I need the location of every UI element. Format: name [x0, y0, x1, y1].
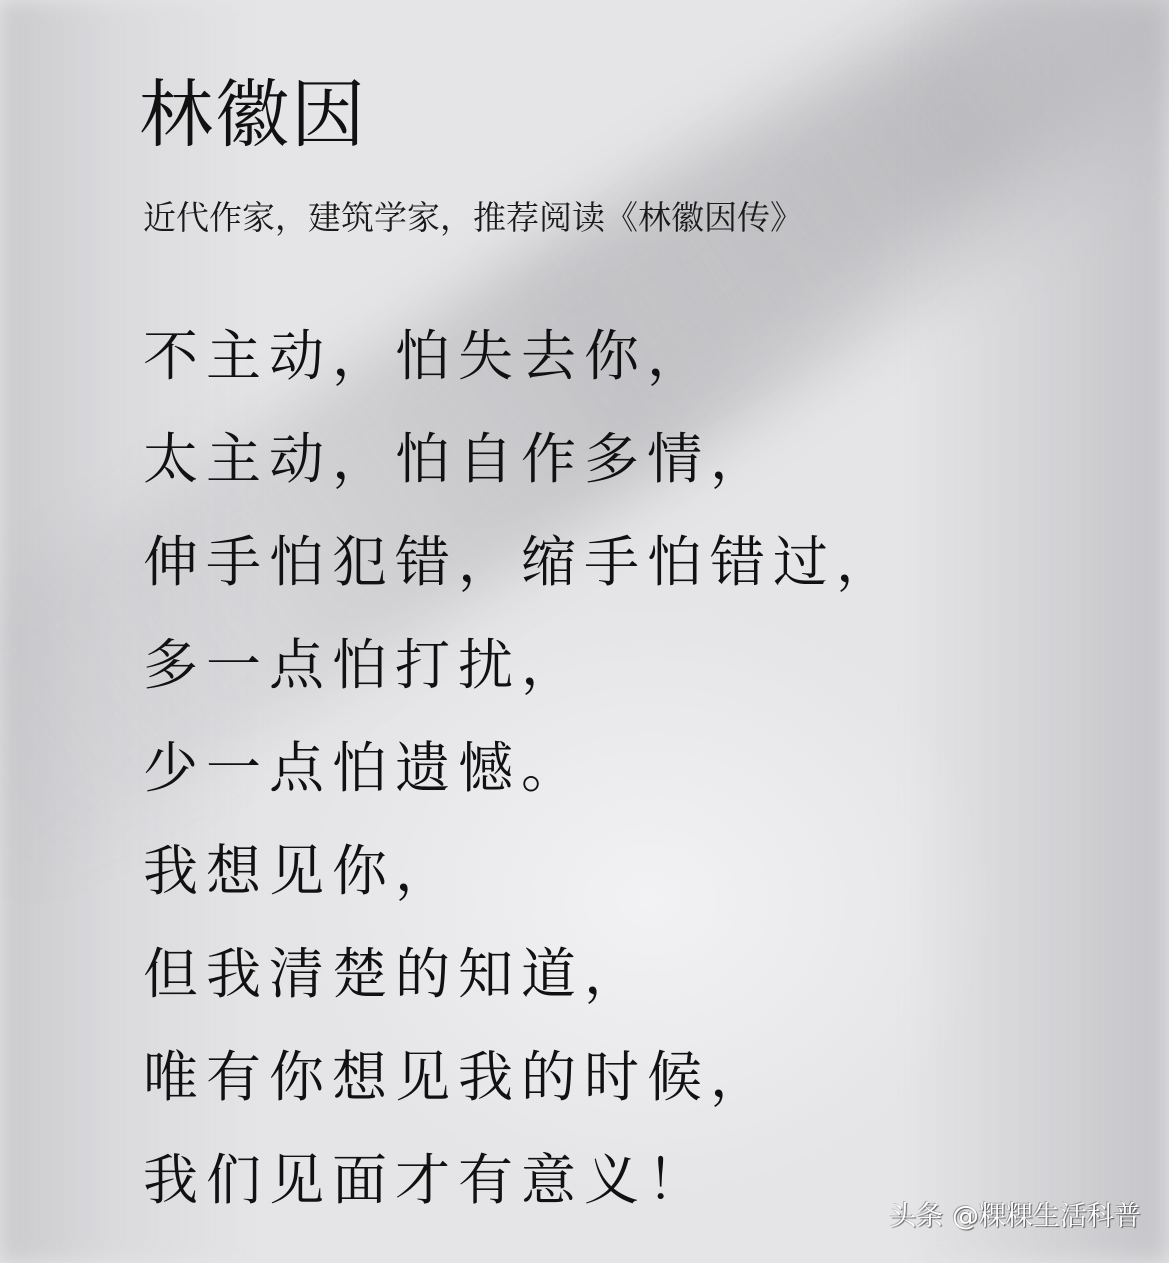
poem-line: 不主动，怕失去你，: [143, 305, 899, 408]
poem-lines: 不主动，怕失去你， 太主动，怕自作多情， 伸手怕犯错，缩手怕错过， 多一点怕打扰…: [143, 305, 899, 1232]
poem-line: 多一点怕打扰，: [143, 614, 899, 717]
poem-line: 但我清楚的知道，: [143, 923, 899, 1026]
poem-line: 我们见面才有意义！: [143, 1129, 899, 1232]
author-title: 林徽因: [139, 78, 367, 152]
watermark: 头条 @粿粿生活科普: [889, 1194, 1141, 1233]
poem-line: 唯有你想见我的时候，: [143, 1026, 899, 1129]
poem-line: 伸手怕犯错，缩手怕错过，: [143, 511, 899, 614]
poem-line: 我想见你，: [143, 820, 899, 923]
right-shadow: [909, 0, 1169, 1263]
poem-line: 少一点怕遗憾。: [143, 717, 899, 820]
poem-line: 太主动，怕自作多情，: [143, 408, 899, 511]
author-subtitle: 近代作家，建筑学家，推荐阅读《林徽因传》: [143, 192, 803, 239]
